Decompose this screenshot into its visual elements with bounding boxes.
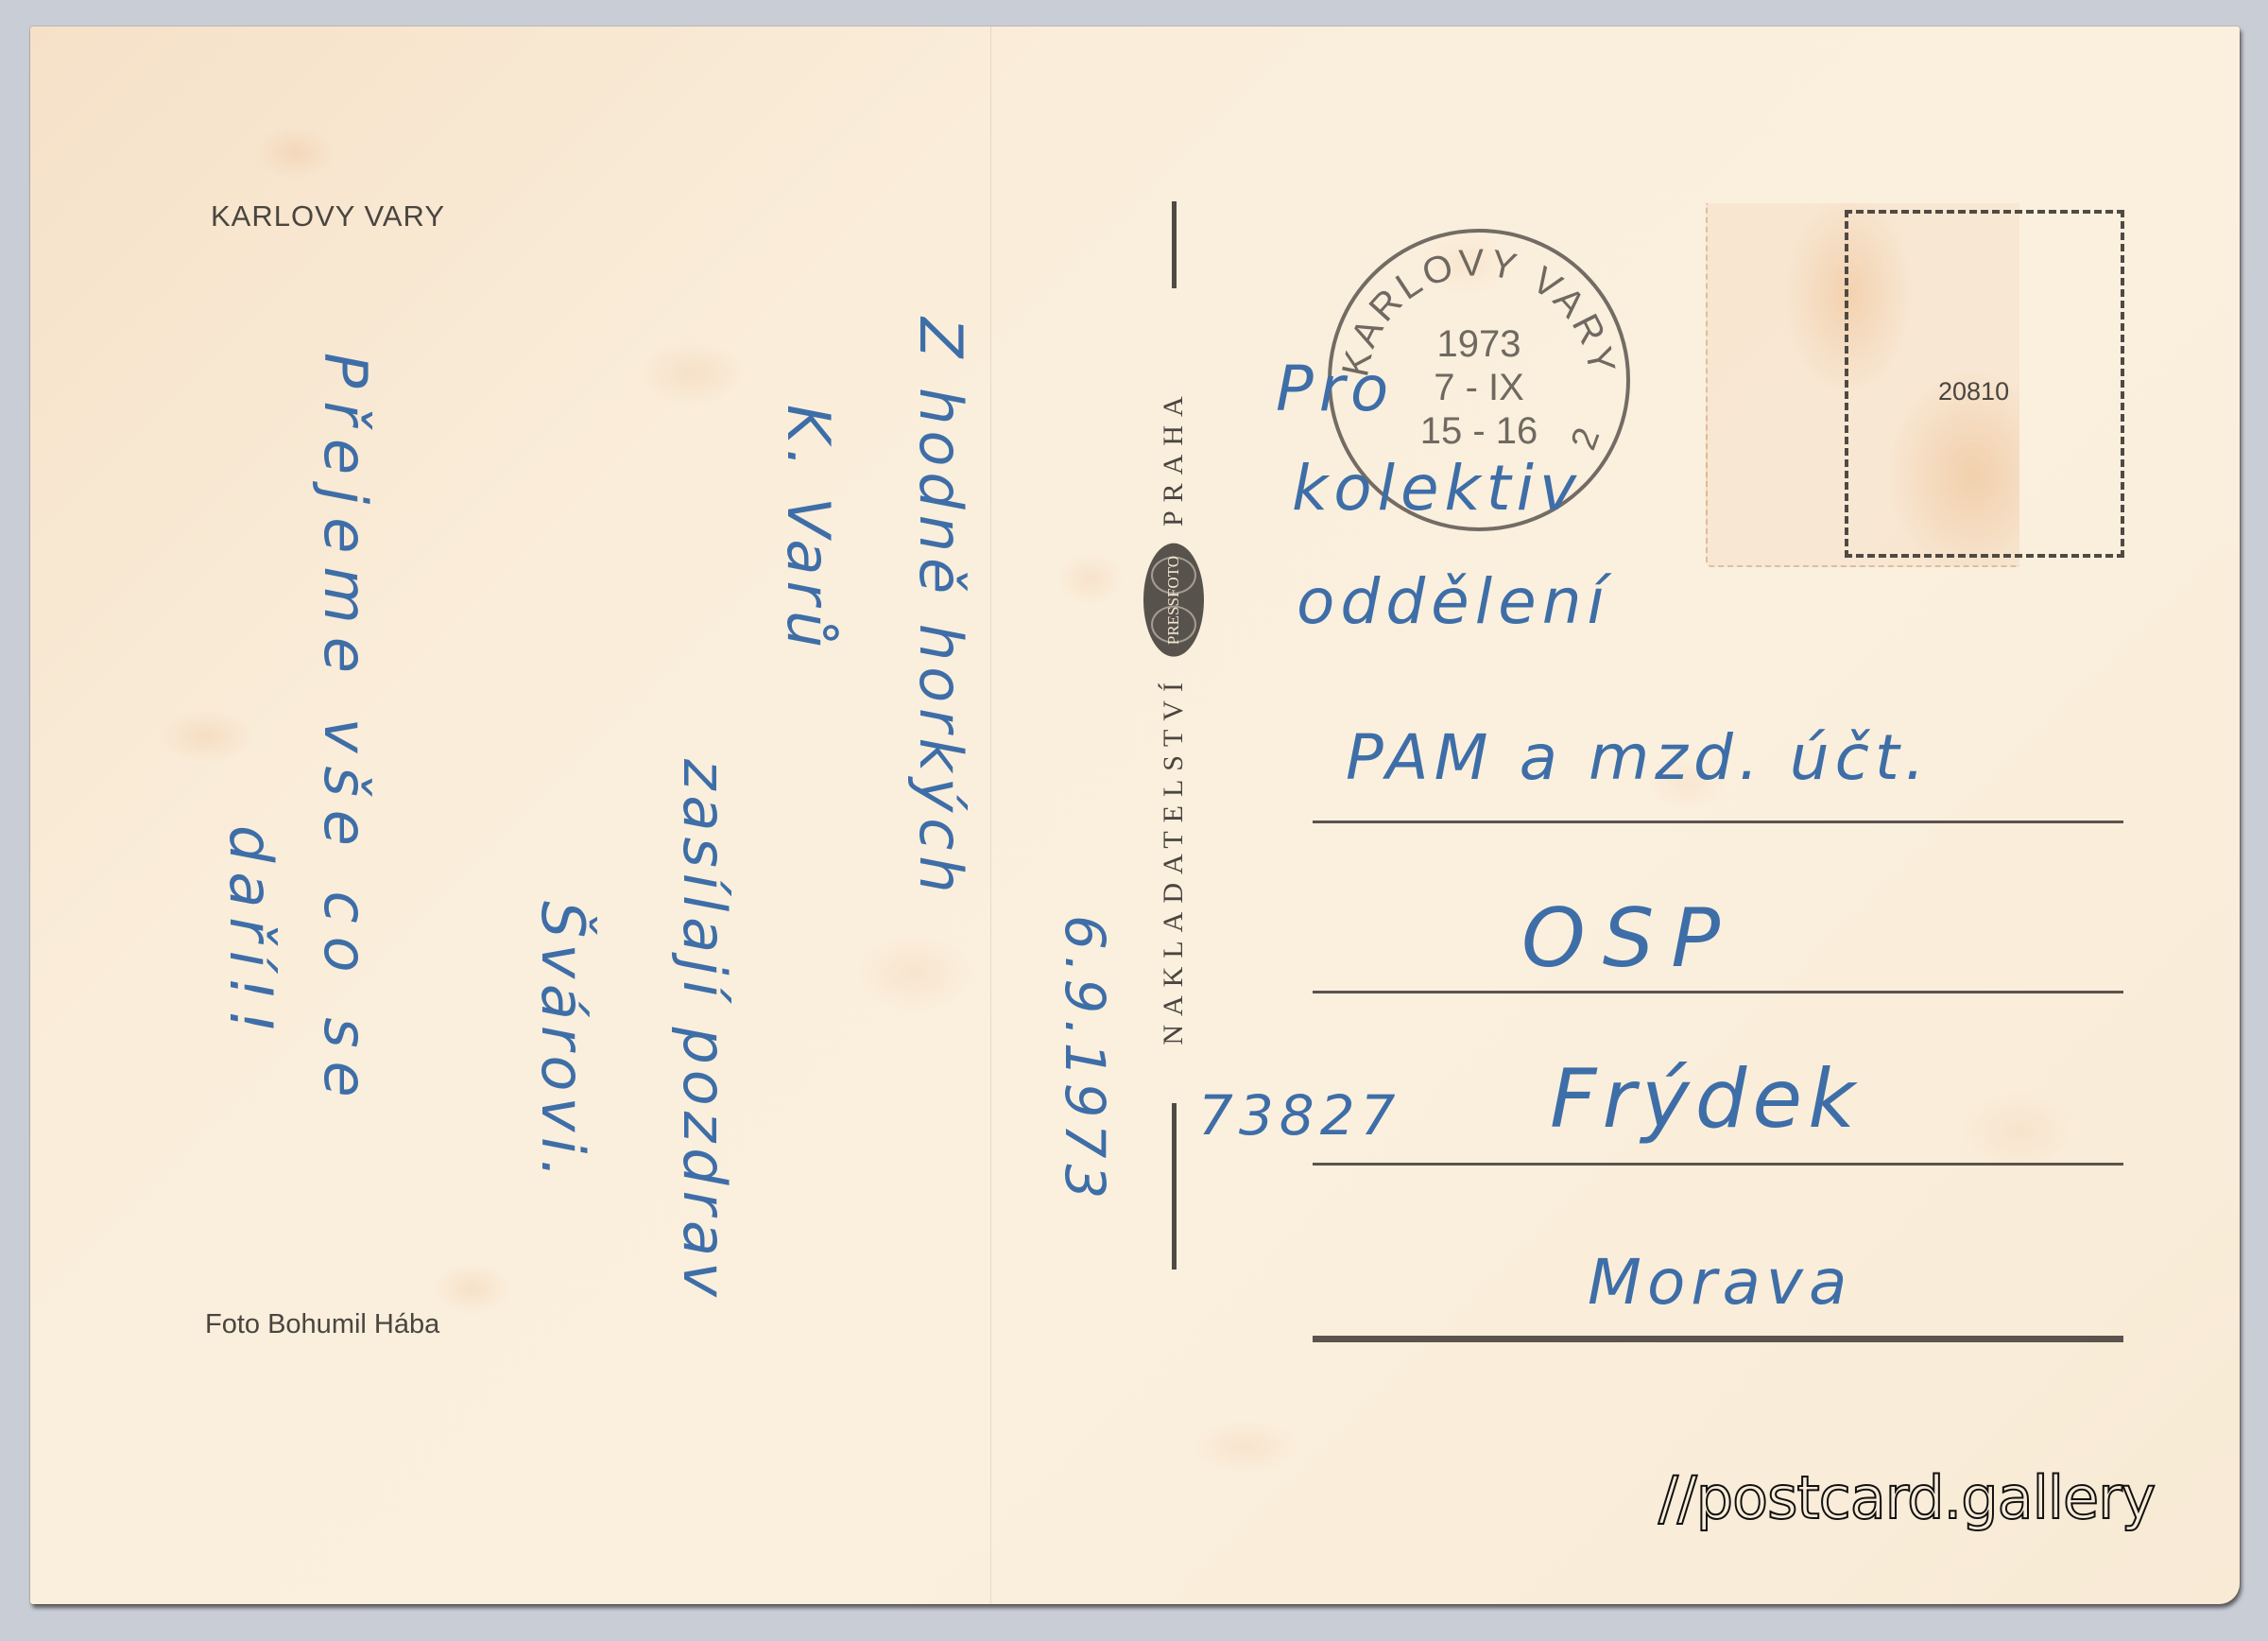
address-line-3 bbox=[1313, 1163, 2123, 1166]
message-line-1: Z hodně horkých bbox=[906, 318, 975, 899]
postmark-year: 1973 bbox=[1437, 323, 1521, 365]
postmark-time: 15 - 16 bbox=[1420, 410, 1538, 452]
address-line-city: Frýdek bbox=[1550, 1052, 1861, 1147]
message-line-3: zasílají pozdrav bbox=[670, 759, 739, 1303]
publisher-imprint: NAKLADATELSTVÍ PRESSFOTO PRAHA bbox=[1143, 388, 1204, 1045]
pressfoto-logo-icon: PRESSFOTO bbox=[1143, 544, 1204, 657]
address-line-2 bbox=[1313, 991, 2123, 993]
postmark-date: 7 - IX bbox=[1434, 367, 1524, 408]
divider-line-bottom bbox=[1172, 1103, 1177, 1270]
postcard-back: KARLOVY VARY Foto Bohumil Hába NAKLADATE… bbox=[30, 26, 2240, 1604]
photo-credit: Foto Bohumil Hába bbox=[205, 1309, 439, 1340]
address-line-kolektiv: kolektiv bbox=[1292, 452, 1582, 525]
message-line-4: Švárovi. bbox=[528, 901, 597, 1183]
address-greeting: Pro bbox=[1276, 353, 1394, 425]
postmark-office: 2 bbox=[1564, 423, 1608, 455]
address-line-unit: PAM a mzd. účt. bbox=[1346, 721, 1931, 794]
message-date: 6.9.1973 bbox=[1053, 915, 1117, 1204]
site-watermark: //postcard.gallery bbox=[1658, 1463, 2155, 1532]
message-line-5: Přejeme vše co se bbox=[311, 353, 380, 1111]
publisher-city: PRAHA bbox=[1158, 388, 1190, 527]
message-line-6: daří!! bbox=[216, 825, 285, 1043]
postal-code: 73827 bbox=[1198, 1083, 1401, 1148]
card-crease bbox=[990, 26, 991, 1604]
city-caption: KARLOVY VARY bbox=[211, 199, 445, 233]
address-line-region: Morava bbox=[1588, 1246, 1852, 1319]
address-line-department: oddělení bbox=[1297, 565, 1610, 638]
message-line-2: K. Varů bbox=[774, 405, 843, 653]
address-line-1 bbox=[1313, 820, 2123, 823]
logo-text: PRESSFOTO bbox=[1164, 556, 1183, 645]
address-line-4 bbox=[1313, 1336, 2123, 1342]
address-line-org: OSP bbox=[1521, 891, 1737, 986]
stamp-box-code: 20810 bbox=[1938, 377, 2009, 406]
divider-line-top bbox=[1172, 201, 1177, 288]
publisher-name: NAKLADATELSTVÍ bbox=[1158, 674, 1190, 1045]
